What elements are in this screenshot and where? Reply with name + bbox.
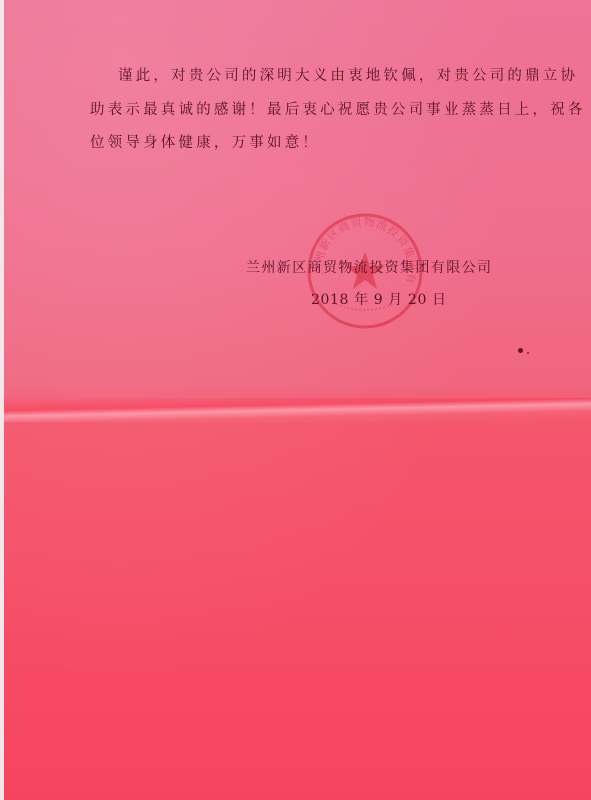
ink-speck [518, 348, 523, 353]
ink-speck-small [527, 352, 529, 354]
signature-date: 2018 年 9 月 20 日 [311, 289, 447, 309]
body-line-3: 位领导身体健康，万事如意！ [90, 131, 320, 152]
body-line-1: 谨此，对贵公司的深明大义由衷地钦佩，对贵公司的鼎立协 [118, 64, 578, 85]
fold-crease [4, 398, 591, 422]
body-line-2: 助表示最真诚的感谢！最后衷心祝愿贵公司事业蒸蒸日上，祝各 [90, 98, 586, 119]
signature-company: 兰州新区商贸物流投资集团有限公司 [246, 257, 492, 277]
